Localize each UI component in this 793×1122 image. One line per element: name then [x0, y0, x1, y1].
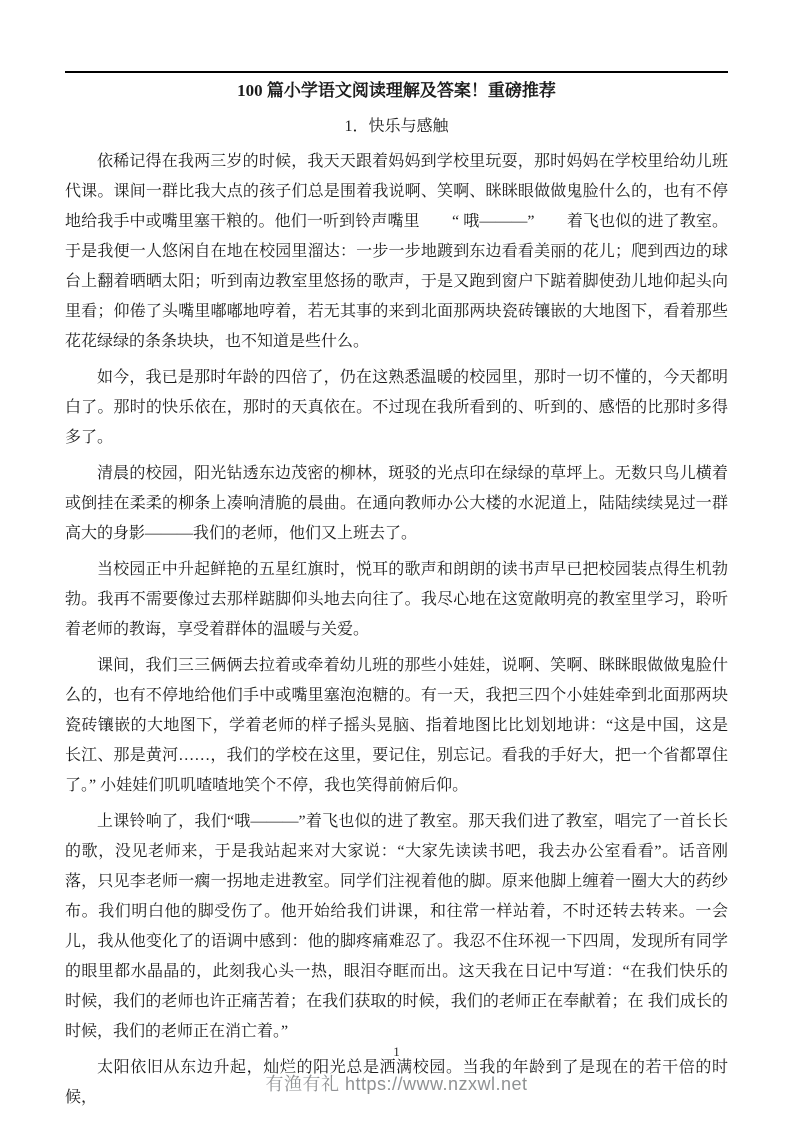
paragraph-4: 当校园正中升起鲜艳的五星红旗时，悦耳的歌声和朗朗的读书声早已把校园装点得生机勃勃… [65, 555, 728, 645]
document-page: 100 篇小学语文阅读理解及答案！重磅推荐 1．快乐与感触 依稀记得在我两三岁的… [0, 0, 793, 1122]
page-number: 1 [0, 1044, 793, 1060]
paragraph-1: 依稀记得在我两三岁的时候，我天天跟着妈妈到学校里玩耍，那时妈妈在学校里给幼儿班代… [65, 147, 728, 357]
section-title: 1．快乐与感触 [65, 115, 728, 139]
footer-watermark: 有渔有礼 https://www.nzxwl.net [0, 1070, 793, 1096]
paragraph-6: 上课铃响了，我们“哦———”着飞也似的进了教室。那天我们进了教室，唱完了一首长长… [65, 807, 728, 1047]
paragraph-5: 课间，我们三三俩俩去拉着或牵着幼儿班的那些小娃娃，说啊、笑啊、眯眯眼做做鬼脸什么… [65, 651, 728, 801]
document-title: 100 篇小学语文阅读理解及答案！重磅推荐 [65, 79, 728, 103]
document-body: 依稀记得在我两三岁的时候，我天天跟着妈妈到学校里玩耍，那时妈妈在学校里给幼儿班代… [65, 147, 728, 1113]
header-divider [65, 71, 728, 73]
paragraph-3: 清晨的校园，阳光钻透东边茂密的柳林，斑驳的光点印在绿绿的草坪上。无数只鸟儿横着或… [65, 459, 728, 549]
paragraph-2: 如今，我已是那时年龄的四倍了，仍在这熟悉温暖的校园里，那时一切不懂的，今天都明白… [65, 363, 728, 453]
